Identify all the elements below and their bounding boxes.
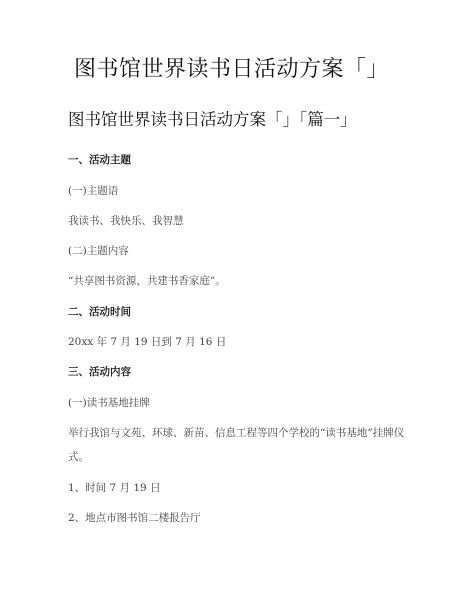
item-location: 2、地点市图书馆二楼报告厅 [68,510,201,525]
section-heading-content: 三、活动内容 [68,364,131,379]
document-subtitle: 图书馆世界读书日活动方案「」「篇一」 [68,106,357,130]
reading-base-text-cont: 式。 [68,449,89,464]
document-title: 图书馆世界读书日活动方案「」 [0,52,463,83]
slogan-text: 我读书、我快乐、我智慧 [68,213,184,228]
subsection-slogan: (一)主题语 [68,183,118,198]
section-heading-theme: 一、活动主题 [68,152,131,167]
item-time: 1、时间 7 月 19 日 [68,480,161,495]
theme-content-text: “共享图书资源，共建书香家庭”。 [68,273,226,288]
reading-base-text: 举行我馆与文苑、环球、新苗、信息工程等四个学校的“读书基地”挂牌仪 [68,425,404,440]
section-heading-time: 二、活动时间 [68,304,131,319]
subsection-reading-base: (一)读书基地挂牌 [68,395,150,410]
subsection-theme-content: (二)主题内容 [68,243,129,258]
activity-time-text: 20xx 年 7 月 19 日到 7 月 16 日 [68,334,226,349]
